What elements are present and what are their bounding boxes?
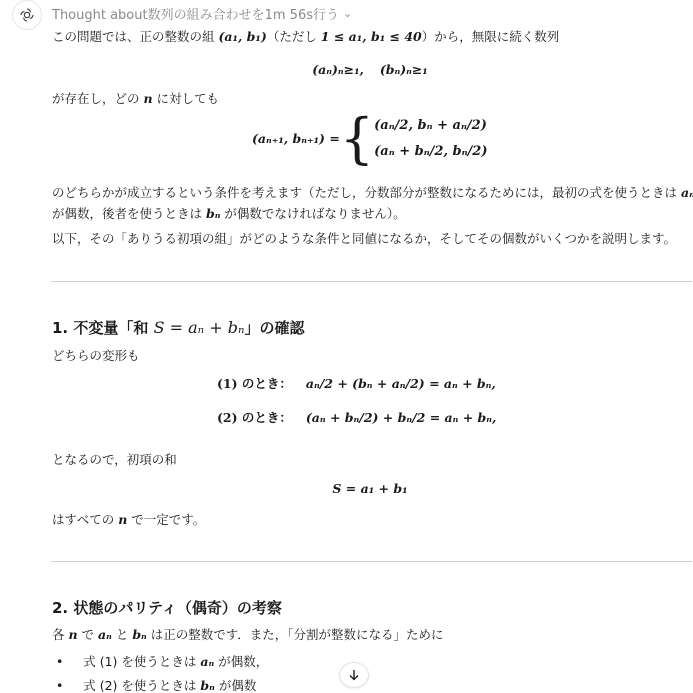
math: aₙ — [98, 627, 112, 642]
math: bₙ — [200, 678, 214, 693]
math: bₙ — [132, 627, 146, 642]
intro-line-3: のどちらかが成立するという条件を考えます（ただし，分数部分が整数になるためには，… — [52, 183, 693, 203]
text: はすべての — [52, 512, 118, 527]
text: 式 (2) を使うときは — [83, 678, 200, 693]
case-1: (aₙ/2, bₙ + aₙ/2) — [374, 113, 487, 139]
math: S = aₙ + bₙ — [154, 318, 245, 337]
equation-2: (2) のとき： (aₙ + bₙ/2) + bₙ/2 = aₙ + bₙ, — [217, 408, 496, 428]
math: S = a₁ + b₁ — [332, 481, 407, 496]
text: が偶数， — [214, 654, 268, 669]
section-1-text-3: はすべての n で一定です。 — [52, 510, 205, 530]
chevron-down-icon: ⌄ — [343, 7, 352, 20]
intro-line-4: が偶数，後者を使うときは bₙ が偶数でなければなりません）。 — [52, 204, 406, 224]
cases: (aₙ/2, bₙ + aₙ/2) (aₙ + bₙ/2, bₙ/2) — [374, 113, 487, 165]
math: n — [118, 512, 127, 527]
text: が偶数でなければなりません）。 — [220, 206, 405, 221]
intro-line-5: 以下，その「ありうる初項の組」がどのような条件と同値になるか，そしてその個数がい… — [52, 229, 676, 249]
text: ）から，無限に続く数列 — [422, 29, 560, 44]
math: n — [143, 91, 152, 106]
equation-1: (1) のとき： aₙ/2 + (bₙ + aₙ/2) = aₙ + bₙ, — [217, 374, 496, 394]
math: 1 ≤ a₁, b₁ ≤ 40 — [321, 29, 422, 44]
text: が存在し，どの — [52, 91, 143, 106]
math: aₙ/2 + (bₙ + aₙ/2) = aₙ + bₙ, — [306, 374, 496, 394]
text: は正の整数です．また，「分割が整数になる」ために — [147, 627, 444, 642]
thought-label: Thought about数列の組み合わせを1m 56s行う — [52, 4, 339, 23]
intro-line-2: が存在し，どの n に対しても — [52, 89, 219, 109]
text: 各 — [52, 627, 68, 642]
section-1-text-1: どちらの変形も — [52, 346, 140, 366]
text: 」の確認 — [244, 319, 304, 337]
text: が偶数 — [215, 678, 256, 693]
text: で — [78, 627, 98, 642]
math: (aₙ₊₁, bₙ₊₁) = — [252, 129, 340, 149]
section-2-text-1: 各 n で aₙ と bₙ は正の整数です．また，「分割が整数になる」ために — [52, 625, 444, 645]
text: 式 (1) を使うときは — [83, 654, 200, 669]
math: (aₙ + bₙ/2) + bₙ/2 = aₙ + bₙ, — [306, 408, 496, 428]
math: aₙ — [681, 185, 693, 200]
intro-line-1: この問題では、正の整数の組 (a₁, b₁)（ただし 1 ≤ a₁, b₁ ≤ … — [52, 27, 559, 47]
text: （ただし — [267, 29, 321, 44]
equation-label: (1) のとき： — [217, 374, 292, 394]
assistant-avatar — [12, 0, 42, 30]
text: のどちらかが成立するという条件を考えます（ただし，分数部分が整数になるためには，… — [52, 185, 681, 200]
text: に対しても — [153, 91, 219, 106]
sequence-display: (aₙ)ₙ≥₁, (bₙ)ₙ≥₁ — [52, 60, 688, 80]
text: が偶数，後者を使うときは — [52, 206, 206, 221]
math: (bₙ)ₙ≥₁ — [380, 62, 428, 77]
math: (a₁, b₁) — [218, 29, 266, 44]
divider — [51, 561, 692, 562]
text: この問題では、正の整数の組 — [52, 29, 218, 44]
text: と — [112, 627, 132, 642]
arrow-down-icon — [348, 669, 360, 681]
text: 1. 不変量「和 — [52, 319, 154, 337]
recurrence-display: (aₙ₊₁, bₙ₊₁) = { (aₙ/2, bₙ + aₙ/2) (aₙ +… — [252, 112, 488, 166]
math: bₙ — [206, 206, 220, 221]
section-1-text-2: となるので，初項の和 — [52, 450, 177, 470]
math: n — [68, 627, 77, 642]
divider — [51, 281, 692, 282]
thought-toggle[interactable]: Thought about数列の組み合わせを1m 56s行う ⌄ — [52, 4, 352, 23]
equation-label: (2) のとき： — [217, 408, 292, 428]
bullet: • — [56, 678, 63, 693]
openai-logo-icon — [19, 7, 35, 23]
section-2-heading: 2. 状態のパリティ（偶奇）の考察 — [52, 598, 282, 618]
bullet: • — [56, 654, 63, 669]
scroll-to-bottom-button[interactable] — [339, 662, 369, 688]
section-1-heading: 1. 不変量「和 S = aₙ + bₙ」の確認 — [52, 318, 304, 338]
list-item: • 式 (2) を使うときは bₙ が偶数 — [56, 676, 256, 693]
math: (aₙ)ₙ≥₁, — [312, 62, 364, 77]
math: aₙ — [200, 654, 214, 669]
text: で一定です。 — [127, 512, 205, 527]
case-2: (aₙ + bₙ/2, bₙ/2) — [374, 139, 487, 165]
list-item: • 式 (1) を使うときは aₙ が偶数， — [56, 652, 268, 672]
brace: { — [340, 112, 374, 166]
sum-display: S = a₁ + b₁ — [52, 479, 688, 499]
